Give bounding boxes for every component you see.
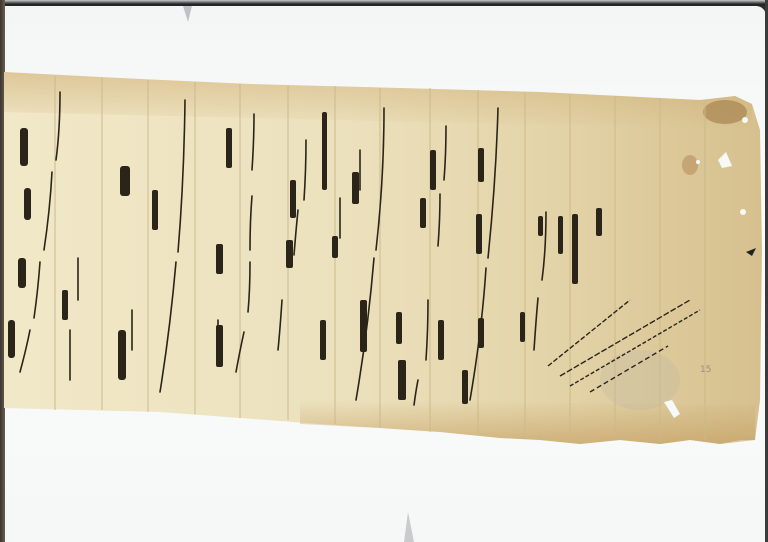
pencil-mark: 15 xyxy=(700,365,711,375)
stain xyxy=(703,100,747,124)
manuscript-document: 15 xyxy=(0,0,768,542)
